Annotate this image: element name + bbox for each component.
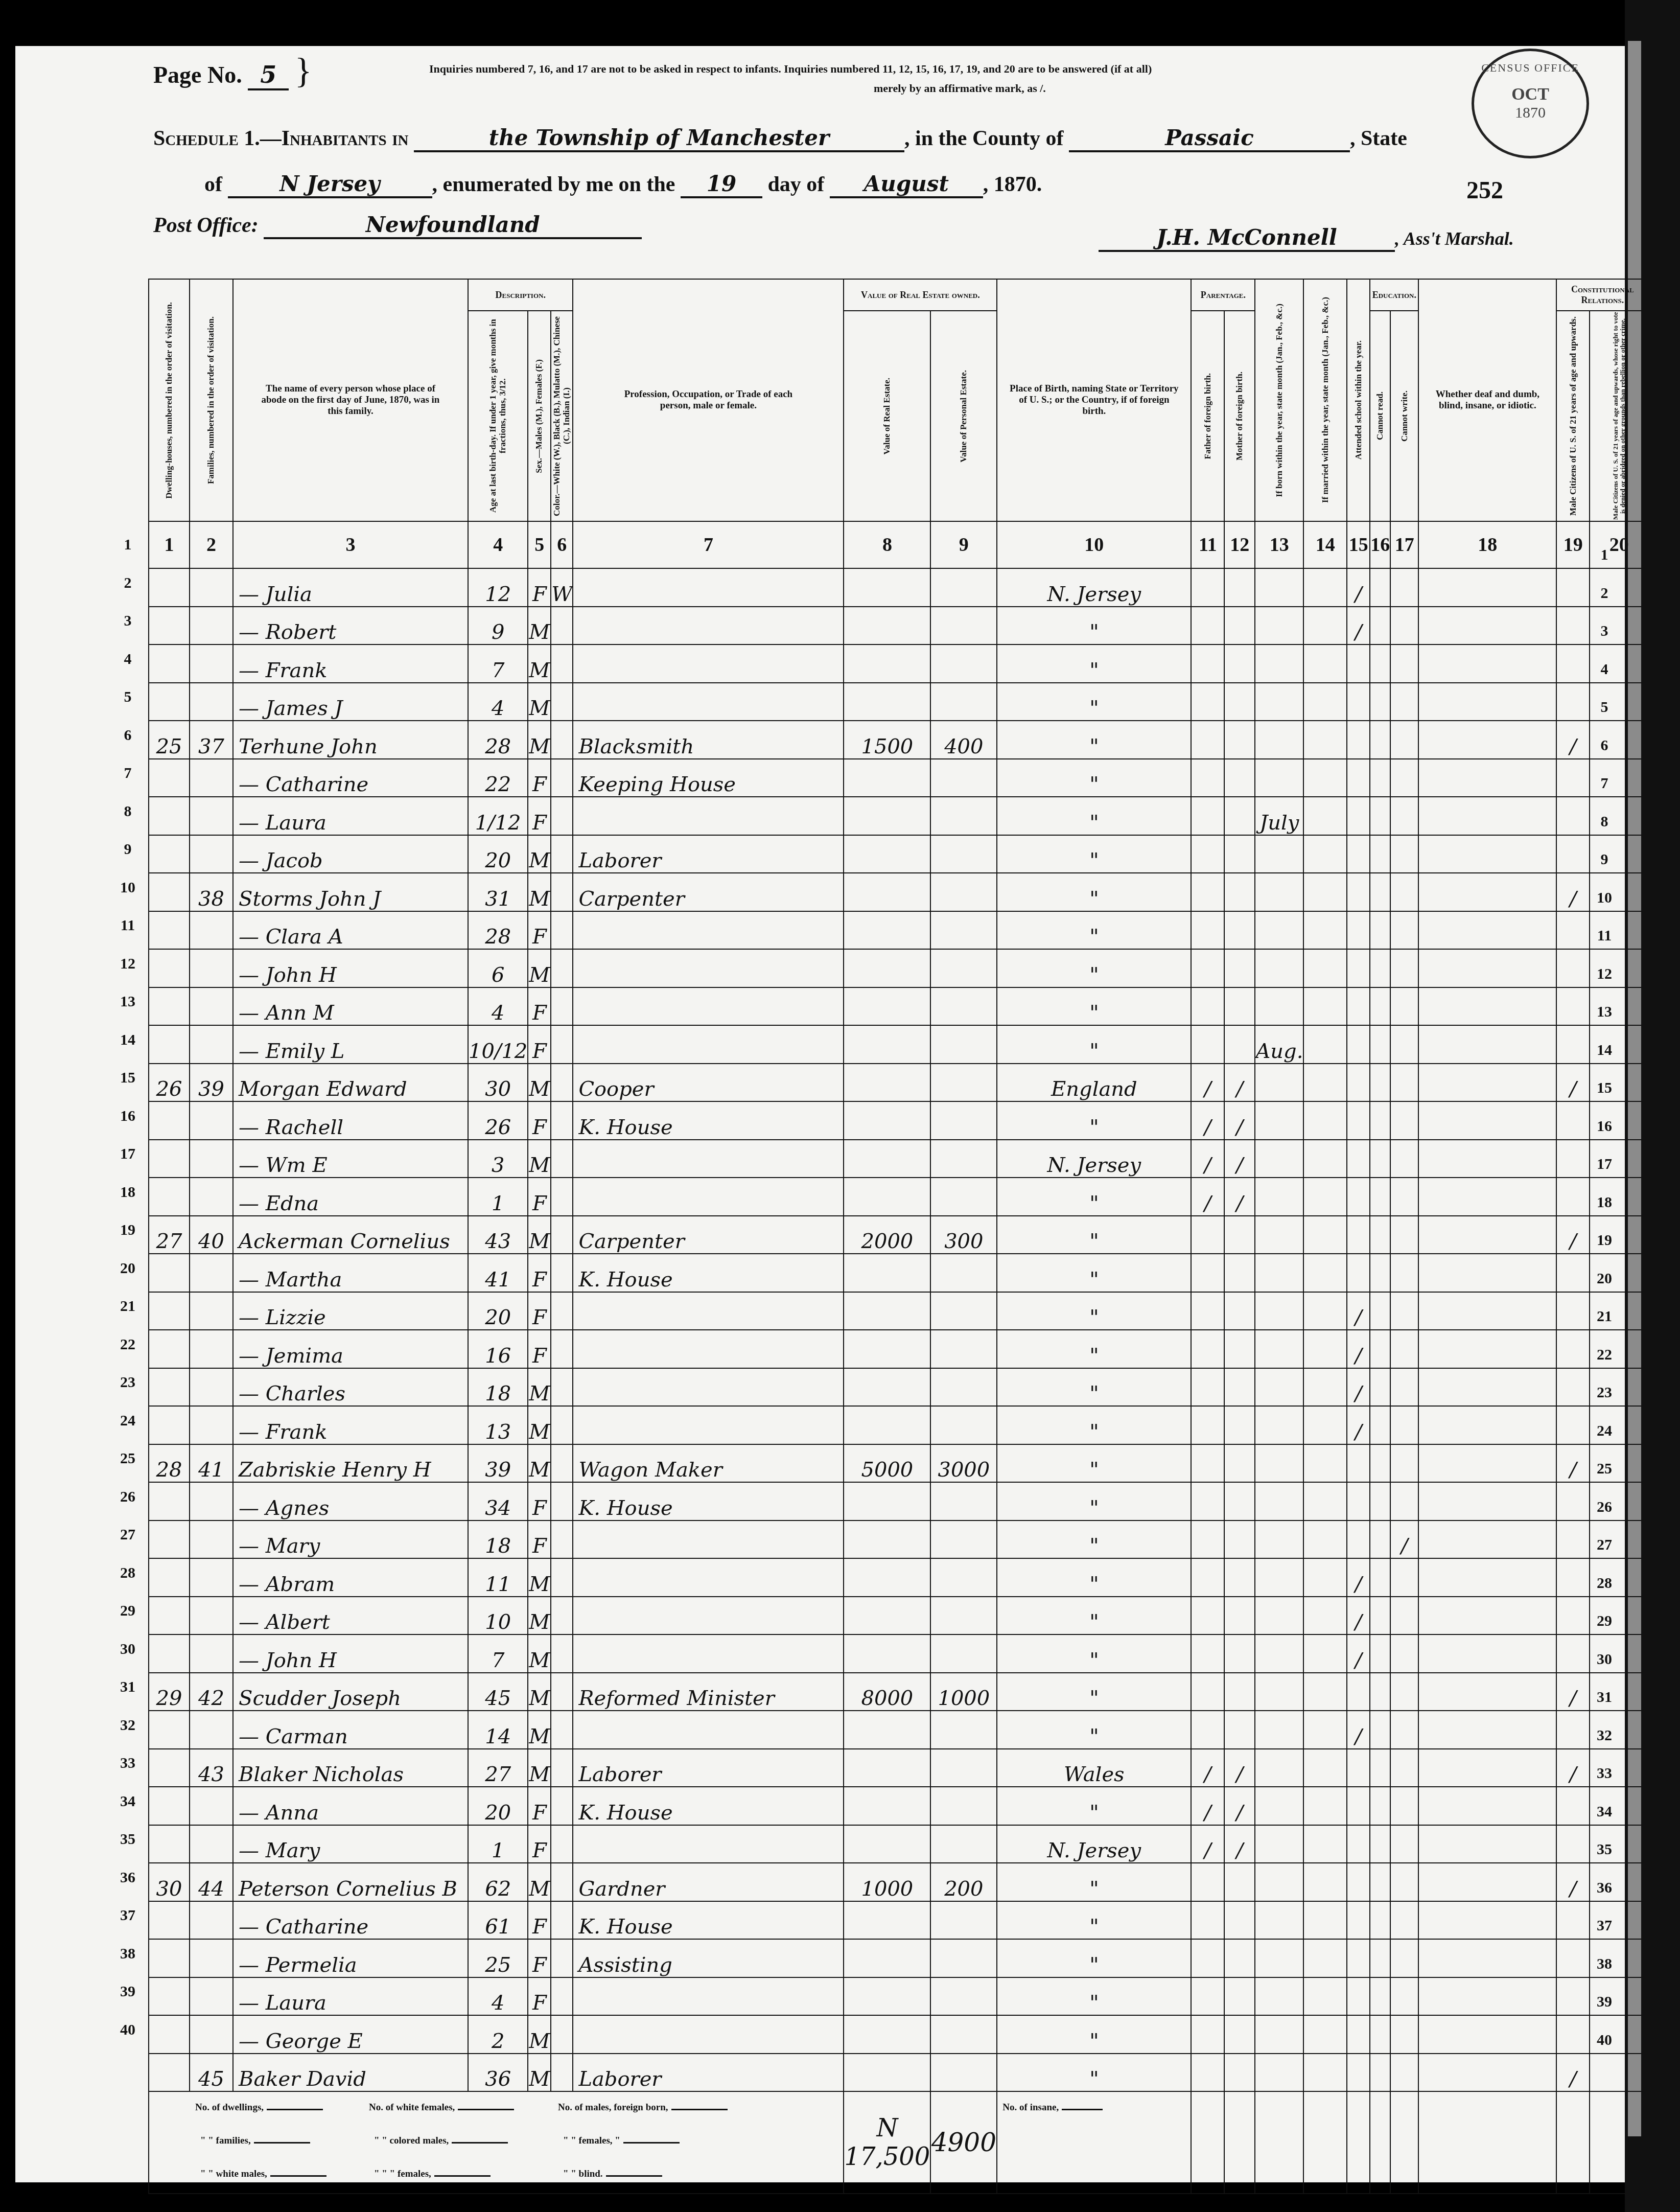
color bbox=[551, 1368, 573, 1407]
dwelling-number bbox=[149, 2054, 190, 2092]
mother-foreign-mark bbox=[1224, 1977, 1255, 2016]
sex: M bbox=[528, 1444, 551, 1483]
blind-count-label: " " blind. bbox=[563, 2169, 603, 2179]
real-estate-value: 1000 bbox=[844, 1863, 930, 1901]
citizen-mark: / bbox=[1556, 1444, 1590, 1483]
person-name: — John H bbox=[233, 949, 468, 987]
occupation: Blacksmith bbox=[573, 721, 844, 759]
school-mark bbox=[1347, 2054, 1370, 2092]
age: 10 bbox=[468, 1597, 528, 1635]
mother-foreign-mark bbox=[1224, 797, 1255, 835]
birthplace: " bbox=[997, 835, 1191, 873]
family-number bbox=[190, 1711, 233, 1749]
color bbox=[551, 1140, 573, 1178]
infirmity bbox=[1418, 1254, 1556, 1292]
age: 22 bbox=[468, 759, 528, 797]
personal-estate-value bbox=[930, 1939, 997, 1977]
mother-foreign-mark bbox=[1224, 1939, 1255, 1977]
born-month bbox=[1255, 1444, 1303, 1483]
marshal-line: J.H. McConnell, Ass't Marshal. bbox=[1099, 225, 1514, 252]
father-foreign-mark bbox=[1191, 1711, 1224, 1749]
citizen-mark bbox=[1556, 1977, 1590, 2016]
infirmity bbox=[1418, 2054, 1556, 2092]
dwelling-number: 25 bbox=[149, 721, 190, 759]
sex: F bbox=[528, 911, 551, 950]
sex: F bbox=[528, 1254, 551, 1292]
cannot-read-mark bbox=[1370, 1749, 1390, 1787]
birthplace: " bbox=[997, 2054, 1191, 2092]
column-number: 4 bbox=[468, 521, 528, 568]
person-name: — Julia bbox=[233, 568, 468, 607]
family-number: 45 bbox=[190, 2054, 233, 2092]
mother-foreign-mark bbox=[1224, 721, 1255, 759]
occupation: Laborer bbox=[573, 1749, 844, 1787]
infirmity bbox=[1418, 1558, 1556, 1597]
cannot-write-mark bbox=[1390, 1140, 1418, 1178]
born-month bbox=[1255, 911, 1303, 950]
cannot-read-mark bbox=[1370, 1178, 1390, 1216]
sex: F bbox=[528, 1025, 551, 1064]
person-name: — Charles bbox=[233, 1368, 468, 1407]
birthplace: " bbox=[997, 1901, 1191, 1940]
color bbox=[551, 1711, 573, 1749]
married-month bbox=[1303, 683, 1347, 721]
infirmity bbox=[1418, 1330, 1556, 1368]
family-number bbox=[190, 987, 233, 1026]
table-row: — Edna1F"// bbox=[149, 1178, 1648, 1216]
personal-estate-value bbox=[930, 1406, 997, 1444]
person-name: — James J bbox=[233, 683, 468, 721]
cannot-read-mark bbox=[1370, 1064, 1390, 1102]
birthplace: " bbox=[997, 1597, 1191, 1635]
cannot-write-mark bbox=[1390, 873, 1418, 911]
dwelling-number: 28 bbox=[149, 1444, 190, 1483]
infirmity bbox=[1418, 721, 1556, 759]
census-table: Dwelling-houses, numbered in the order o… bbox=[148, 279, 1649, 2194]
birthplace: " bbox=[997, 911, 1191, 950]
cannot-read-mark bbox=[1370, 1520, 1390, 1559]
birthplace: " bbox=[997, 1939, 1191, 1977]
citizen-mark bbox=[1556, 1330, 1590, 1368]
table-row: 3044Peterson Cornelius B62MGardner100020… bbox=[149, 1863, 1648, 1901]
cannot-write-mark bbox=[1390, 1673, 1418, 1711]
born-month bbox=[1255, 1406, 1303, 1444]
person-name: — Abram bbox=[233, 1558, 468, 1597]
table-row: — Abram11M"/ bbox=[149, 1558, 1648, 1597]
left-line-number: 30 bbox=[115, 1641, 141, 1658]
family-number bbox=[190, 1520, 233, 1559]
occupation: K. House bbox=[573, 1101, 844, 1140]
color bbox=[551, 1178, 573, 1216]
married-month bbox=[1303, 797, 1347, 835]
sex: M bbox=[528, 1749, 551, 1787]
occupation bbox=[573, 1140, 844, 1178]
school-mark: / bbox=[1347, 607, 1370, 645]
infirmity bbox=[1418, 1368, 1556, 1407]
occupation bbox=[573, 1520, 844, 1559]
cannot-read-mark bbox=[1370, 1140, 1390, 1178]
married-month bbox=[1303, 1939, 1347, 1977]
school-mark: / bbox=[1347, 1634, 1370, 1673]
person-name: Blaker Nicholas bbox=[233, 1749, 468, 1787]
color bbox=[551, 1520, 573, 1559]
dwelling-number bbox=[149, 759, 190, 797]
sex: M bbox=[528, 721, 551, 759]
column-number: 13 bbox=[1255, 521, 1303, 568]
age: 41 bbox=[468, 1254, 528, 1292]
birthplace: " bbox=[997, 1292, 1191, 1330]
vote-denied-mark bbox=[1590, 607, 1648, 645]
column-number: 17 bbox=[1390, 521, 1418, 568]
mother-foreign-mark bbox=[1224, 1216, 1255, 1254]
mother-foreign-mark bbox=[1224, 2054, 1255, 2092]
occupation bbox=[573, 1406, 844, 1444]
left-line-number: 40 bbox=[115, 2021, 141, 2039]
dwelling-number bbox=[149, 683, 190, 721]
cannot-write-mark bbox=[1390, 1330, 1418, 1368]
cannot-read-mark bbox=[1370, 1711, 1390, 1749]
school-mark: / bbox=[1347, 1368, 1370, 1407]
cannot-read-mark bbox=[1370, 835, 1390, 873]
father-foreign-mark bbox=[1191, 1444, 1224, 1483]
person-name: — Martha bbox=[233, 1254, 468, 1292]
real-estate-value bbox=[844, 1178, 930, 1216]
birthplace: " bbox=[997, 607, 1191, 645]
column-number: 9 bbox=[930, 521, 997, 568]
real-estate-value bbox=[844, 987, 930, 1026]
column-number: 2 bbox=[190, 521, 233, 568]
citizen-mark: / bbox=[1556, 2054, 1590, 2092]
sex: F bbox=[528, 1101, 551, 1140]
citizen-mark bbox=[1556, 1254, 1590, 1292]
age: 7 bbox=[468, 644, 528, 683]
school-mark bbox=[1347, 835, 1370, 873]
cannot-read-mark bbox=[1370, 1977, 1390, 2016]
dwelling-number bbox=[149, 1025, 190, 1064]
mother-foreign-mark bbox=[1224, 1444, 1255, 1483]
col-10-header: Place of Birth, naming State or Territor… bbox=[997, 279, 1191, 521]
color bbox=[551, 1254, 573, 1292]
table-row: — Robert9M"/ bbox=[149, 607, 1648, 645]
real-estate-total: N 17,500 bbox=[844, 2091, 930, 2194]
occupation bbox=[573, 1558, 844, 1597]
married-month bbox=[1303, 1368, 1347, 1407]
age: 28 bbox=[468, 911, 528, 950]
birthplace: England bbox=[997, 1064, 1191, 1102]
cannot-write-mark: / bbox=[1390, 1520, 1418, 1559]
real-estate-value bbox=[844, 1025, 930, 1064]
infirmity bbox=[1418, 1825, 1556, 1863]
personal-estate-value bbox=[930, 2054, 997, 2092]
birthplace: " bbox=[997, 1711, 1191, 1749]
family-number bbox=[190, 1901, 233, 1940]
cannot-write-mark bbox=[1390, 797, 1418, 835]
left-line-number: 11 bbox=[115, 917, 141, 934]
table-row: — George E2M" bbox=[149, 2015, 1648, 2054]
married-month bbox=[1303, 1977, 1347, 2016]
citizen-mark: / bbox=[1556, 1216, 1590, 1254]
mother-foreign-mark bbox=[1224, 1254, 1255, 1292]
cannot-read-mark bbox=[1370, 1444, 1390, 1483]
occupation bbox=[573, 949, 844, 987]
col-3-header: The name of every person whose place of … bbox=[233, 279, 468, 521]
cannot-write-mark bbox=[1390, 1863, 1418, 1901]
married-month bbox=[1303, 1711, 1347, 1749]
infirmity bbox=[1418, 1101, 1556, 1140]
cannot-read-mark bbox=[1370, 987, 1390, 1026]
age: 34 bbox=[468, 1482, 528, 1520]
vote-denied-mark bbox=[1590, 644, 1648, 683]
personal-estate-value bbox=[930, 835, 997, 873]
birthplace: " bbox=[997, 644, 1191, 683]
stamp-year: 1870 bbox=[1474, 104, 1586, 122]
personal-estate-value bbox=[930, 1025, 997, 1064]
occupation bbox=[573, 644, 844, 683]
married-month bbox=[1303, 1406, 1347, 1444]
born-month bbox=[1255, 644, 1303, 683]
school-mark bbox=[1347, 644, 1370, 683]
sex: M bbox=[528, 1064, 551, 1102]
father-foreign-mark: / bbox=[1191, 1178, 1224, 1216]
vote-denied-mark bbox=[1590, 1482, 1648, 1520]
dwelling-number: 30 bbox=[149, 1863, 190, 1901]
citizen-mark bbox=[1556, 1101, 1590, 1140]
birthplace: " bbox=[997, 1634, 1191, 1673]
born-month bbox=[1255, 1482, 1303, 1520]
occupation: K. House bbox=[573, 1254, 844, 1292]
family-number: 44 bbox=[190, 1863, 233, 1901]
birthplace: " bbox=[997, 1101, 1191, 1140]
cannot-write-mark bbox=[1390, 1292, 1418, 1330]
school-mark bbox=[1347, 759, 1370, 797]
table-row: — Jacob20MLaborer" bbox=[149, 835, 1648, 873]
color bbox=[551, 1673, 573, 1711]
personal-estate-value bbox=[930, 1520, 997, 1559]
school-mark: / bbox=[1347, 1558, 1370, 1597]
infirmity bbox=[1418, 835, 1556, 873]
age: 13 bbox=[468, 1406, 528, 1444]
col-20-header: Male Citizens of U. S. of 21 years of ag… bbox=[1590, 311, 1648, 521]
schedule-line: Schedule 1.—Inhabitants in the Township … bbox=[153, 125, 1407, 152]
left-line-number: 37 bbox=[115, 1907, 141, 1924]
school-mark bbox=[1347, 949, 1370, 987]
family-number bbox=[190, 797, 233, 835]
year-label: , 1870. bbox=[983, 173, 1042, 196]
birthplace: " bbox=[997, 2015, 1191, 2054]
mother-foreign-mark bbox=[1224, 1292, 1255, 1330]
sex: M bbox=[528, 1634, 551, 1673]
cannot-read-mark bbox=[1370, 1292, 1390, 1330]
born-month bbox=[1255, 1787, 1303, 1825]
cannot-write-mark bbox=[1390, 1558, 1418, 1597]
left-line-number: 22 bbox=[115, 1336, 141, 1353]
dwelling-number bbox=[149, 1977, 190, 2016]
personal-estate-value bbox=[930, 607, 997, 645]
citizen-mark bbox=[1556, 1178, 1590, 1216]
personal-estate-value bbox=[930, 797, 997, 835]
person-name: — Frank bbox=[233, 644, 468, 683]
column-number-row: 1234567891011121314151617181920 bbox=[149, 521, 1648, 568]
age: 4 bbox=[468, 987, 528, 1026]
left-line-number: 14 bbox=[115, 1031, 141, 1049]
color bbox=[551, 1025, 573, 1064]
sex: M bbox=[528, 2015, 551, 2054]
citizen-mark bbox=[1556, 1482, 1590, 1520]
vote-denied-mark bbox=[1590, 1254, 1648, 1292]
school-mark bbox=[1347, 1863, 1370, 1901]
real-estate-value bbox=[844, 1482, 930, 1520]
occupation bbox=[573, 1634, 844, 1673]
occupation: Wagon Maker bbox=[573, 1444, 844, 1483]
mother-foreign-mark bbox=[1224, 1634, 1255, 1673]
infirmity bbox=[1418, 1064, 1556, 1102]
person-name: — Jacob bbox=[233, 835, 468, 873]
birthplace: N. Jersey bbox=[997, 1140, 1191, 1178]
left-line-number: 27 bbox=[115, 1526, 141, 1543]
school-mark: / bbox=[1347, 1711, 1370, 1749]
family-number bbox=[190, 949, 233, 987]
cannot-write-mark bbox=[1390, 1178, 1418, 1216]
vote-denied-mark bbox=[1590, 683, 1648, 721]
born-month bbox=[1255, 1140, 1303, 1178]
occupation: Cooper bbox=[573, 1064, 844, 1102]
infirmity bbox=[1418, 1939, 1556, 1977]
age: 39 bbox=[468, 1444, 528, 1483]
father-foreign-mark bbox=[1191, 683, 1224, 721]
born-month bbox=[1255, 721, 1303, 759]
vote-denied-mark bbox=[1590, 1292, 1648, 1330]
brace: } bbox=[295, 52, 312, 91]
real-estate-value bbox=[844, 1825, 930, 1863]
dwelling-number bbox=[149, 1520, 190, 1559]
left-line-number: 36 bbox=[115, 1869, 141, 1886]
color bbox=[551, 987, 573, 1026]
school-mark bbox=[1347, 1520, 1370, 1559]
birthplace: " bbox=[997, 683, 1191, 721]
birthplace: " bbox=[997, 987, 1191, 1026]
cannot-read-mark bbox=[1370, 1254, 1390, 1292]
school-mark bbox=[1347, 1101, 1370, 1140]
personal-estate-value bbox=[930, 1901, 997, 1940]
married-month bbox=[1303, 759, 1347, 797]
infirmity bbox=[1418, 683, 1556, 721]
born-month bbox=[1255, 1597, 1303, 1635]
school-mark bbox=[1347, 1140, 1370, 1178]
sex: M bbox=[528, 873, 551, 911]
family-number bbox=[190, 1597, 233, 1635]
colored-males-count-label: " " colored males, bbox=[374, 2135, 449, 2146]
mother-foreign-mark bbox=[1224, 1558, 1255, 1597]
dwellings-count-label: No. of dwellings, bbox=[195, 2102, 264, 2113]
cannot-write-mark bbox=[1390, 759, 1418, 797]
post-office-field: Newfoundland bbox=[264, 212, 642, 239]
cannot-write-mark bbox=[1390, 1787, 1418, 1825]
cannot-write-mark bbox=[1390, 1254, 1418, 1292]
person-name: — Carman bbox=[233, 1711, 468, 1749]
infirmity bbox=[1418, 1292, 1556, 1330]
mother-foreign-mark bbox=[1224, 1863, 1255, 1901]
father-foreign-mark bbox=[1191, 797, 1224, 835]
family-number bbox=[190, 2015, 233, 2054]
citizen-mark bbox=[1556, 1939, 1590, 1977]
left-line-number: 39 bbox=[115, 1983, 141, 2000]
real-estate-value bbox=[844, 1634, 930, 1673]
mother-foreign-mark bbox=[1224, 949, 1255, 987]
father-foreign-mark bbox=[1191, 1406, 1224, 1444]
cannot-write-mark bbox=[1390, 1749, 1418, 1787]
sex: M bbox=[528, 1863, 551, 1901]
sex: F bbox=[528, 1901, 551, 1940]
marshal-label: , Ass't Marshal. bbox=[1395, 228, 1514, 249]
occupation bbox=[573, 911, 844, 950]
dwelling-number bbox=[149, 835, 190, 873]
personal-estate-value bbox=[930, 759, 997, 797]
school-mark bbox=[1347, 1254, 1370, 1292]
infirmity bbox=[1418, 2015, 1556, 2054]
occupation: K. House bbox=[573, 1787, 844, 1825]
age: 18 bbox=[468, 1368, 528, 1407]
birthplace: " bbox=[997, 1673, 1191, 1711]
person-name: Zabriskie Henry H bbox=[233, 1444, 468, 1483]
real-estate-value bbox=[844, 759, 930, 797]
left-line-number: 16 bbox=[115, 1108, 141, 1125]
school-mark bbox=[1347, 1749, 1370, 1787]
father-foreign-mark bbox=[1191, 2054, 1224, 2092]
family-number: 37 bbox=[190, 721, 233, 759]
dwelling-number bbox=[149, 2015, 190, 2054]
col-8-header: Value of Real Estate. bbox=[844, 311, 930, 521]
real-estate-value bbox=[844, 1901, 930, 1940]
school-mark bbox=[1347, 1825, 1370, 1863]
occupation bbox=[573, 568, 844, 607]
cannot-read-mark bbox=[1370, 1330, 1390, 1368]
father-foreign-mark: / bbox=[1191, 1749, 1224, 1787]
table-row: — Carman14M"/ bbox=[149, 1711, 1648, 1749]
left-line-number: 10 bbox=[115, 879, 141, 896]
vote-denied-mark bbox=[1590, 1749, 1648, 1787]
born-month bbox=[1255, 1216, 1303, 1254]
person-name: — Catharine bbox=[233, 1901, 468, 1940]
stamp-text: CENSUS OFFICE bbox=[1474, 61, 1586, 75]
person-name: — Edna bbox=[233, 1178, 468, 1216]
color bbox=[551, 683, 573, 721]
father-foreign-mark bbox=[1191, 1482, 1224, 1520]
married-month bbox=[1303, 835, 1347, 873]
sex: F bbox=[528, 1330, 551, 1368]
real-estate-value bbox=[844, 1064, 930, 1102]
married-month bbox=[1303, 1140, 1347, 1178]
person-name: — Agnes bbox=[233, 1482, 468, 1520]
real-estate-total-mark: N bbox=[844, 2114, 930, 2142]
cannot-write-mark bbox=[1390, 949, 1418, 987]
born-month: Aug. bbox=[1255, 1025, 1303, 1064]
mother-foreign-mark bbox=[1224, 568, 1255, 607]
table-row: — James J4M" bbox=[149, 683, 1648, 721]
column-number: 1 bbox=[149, 521, 190, 568]
cannot-read-mark bbox=[1370, 2015, 1390, 2054]
sex: M bbox=[528, 1558, 551, 1597]
personal-estate-value: 3000 bbox=[930, 1444, 997, 1483]
family-number bbox=[190, 835, 233, 873]
citizen-mark: / bbox=[1556, 1673, 1590, 1711]
school-mark: / bbox=[1347, 1597, 1370, 1635]
table-row: — Frank13M"/ bbox=[149, 1406, 1648, 1444]
family-number bbox=[190, 683, 233, 721]
age: 1 bbox=[468, 1825, 528, 1863]
family-number bbox=[190, 607, 233, 645]
person-name: — Ann M bbox=[233, 987, 468, 1026]
left-line-number: 6 bbox=[115, 727, 141, 744]
